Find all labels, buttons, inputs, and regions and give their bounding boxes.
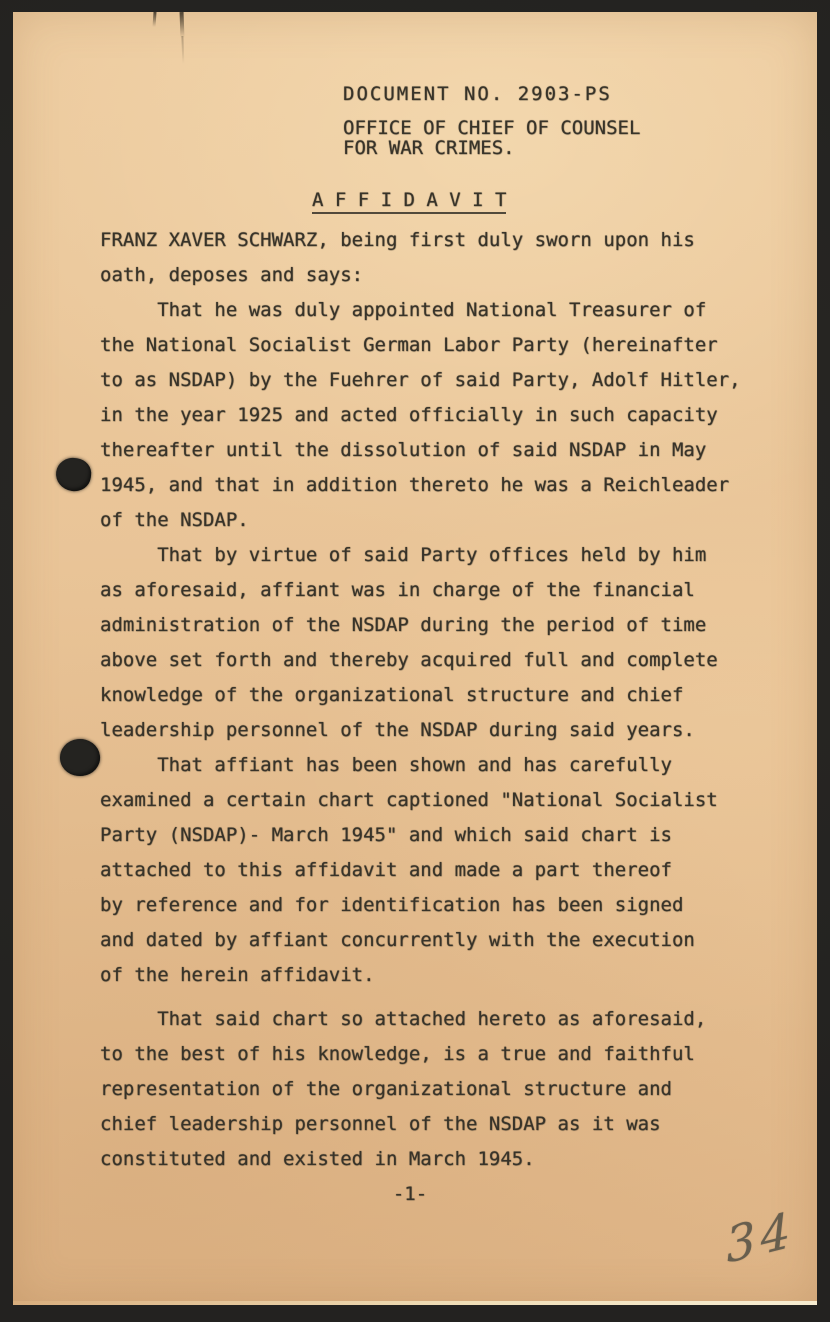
paragraph-intro: FRANZ XAVER SCHWARZ, being first duly sw…	[100, 223, 780, 293]
affidavit-body: FRANZ XAVER SCHWARZ, being first duly sw…	[100, 223, 780, 1212]
document-page: DOCUMENT NO. 2903-PS OFFICE OF CHIEF OF …	[13, 12, 817, 1305]
scan-background: DOCUMENT NO. 2903-PS OFFICE OF CHIEF OF …	[0, 0, 830, 1322]
paper-edge	[13, 1301, 817, 1305]
hole-punch-top	[54, 456, 93, 494]
handwritten-page-number: 34	[724, 1201, 797, 1275]
title-row: A F F I D A V I T	[100, 190, 780, 214]
paragraph-appointment: That he was duly appointed National Trea…	[100, 293, 780, 538]
paragraph-financial-administration: That by virtue of said Party offices hel…	[100, 538, 780, 748]
paragraph-chart-examined: That affiant has been shown and has care…	[100, 748, 780, 993]
ink-mark	[152, 12, 156, 27]
office-line-2: FOR WAR CRIMES.	[343, 138, 780, 158]
page-number: -1-	[100, 1177, 720, 1212]
paragraph-chart-true: That said chart so attached hereto as af…	[100, 1002, 780, 1177]
affidavit-title: A F F I D A V I T	[312, 190, 506, 214]
hole-punch-bottom	[58, 737, 102, 778]
document-number: DOCUMENT NO. 2903-PS	[343, 84, 780, 104]
office-line-1: OFFICE OF CHIEF OF COUNSEL	[343, 118, 780, 138]
typed-content: DOCUMENT NO. 2903-PS OFFICE OF CHIEF OF …	[100, 84, 780, 1212]
ink-mark	[180, 12, 185, 38]
